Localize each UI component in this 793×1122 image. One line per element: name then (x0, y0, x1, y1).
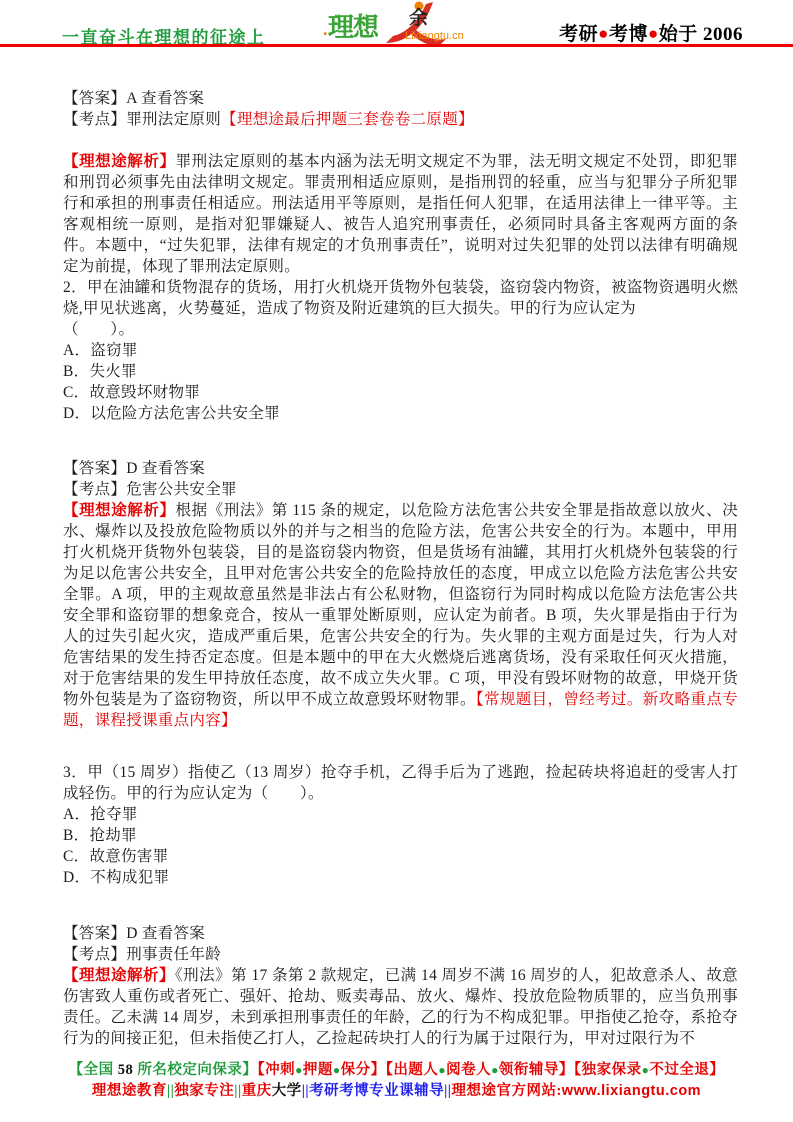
question-2-option-d: D．以危险方法危害公共安全罪 (63, 403, 738, 424)
question-3-option-a: A．抢夺罪 (63, 804, 738, 825)
question-2-option-c: C．故意毁坏财物罪 (63, 382, 738, 403)
footer-seg: 阅卷人 (446, 1062, 491, 1078)
footer-separator: || (234, 1083, 241, 1099)
analysis-label: 【理想途解析】 (63, 502, 176, 519)
document-page: 一直奋斗在理想的征途上 . 理想 余 Lixiangtu.cn 考研●考博●始于… (0, 0, 793, 1122)
question-2-option-b: B．失火罪 (63, 361, 738, 382)
red-dot-icon: ● (598, 24, 609, 43)
keypoint-line-q3: 【考点】刑事责任年龄 (63, 944, 738, 965)
footer-seg: 不过全退】 (649, 1062, 724, 1078)
footer-line-1: 【全国 58 所名校定向保录】【冲刺●押题●保分】【出题人●阅卷人●领衔辅导】【… (0, 1060, 793, 1081)
header-tagline: 考研●考博●始于 2006 (559, 19, 743, 46)
logo-text-green: 理想 (328, 7, 378, 44)
footer-seg: 【独家保录 (574, 1062, 642, 1078)
footer-line-2: 理想途教育||独家专注||重庆大学||考研考博专业课辅导||理想途官方网站:ww… (0, 1081, 793, 1102)
logo-domain-text: Lixiangtu.cn (405, 30, 464, 42)
tagline-kaobo: 考博 (609, 24, 648, 45)
keypoint-text: 【考点】罪刑法定原则 (63, 111, 221, 128)
analysis-paragraph-q1: 【理想途解析】罪刑法定原则的基本内涵为法无明文规定不为罪，法无明文规定不处罚，即… (63, 151, 738, 277)
page-header: 一直奋斗在理想的征途上 . 理想 余 Lixiangtu.cn 考研●考博●始于… (0, 0, 793, 47)
analysis-paragraph-q2: 【理想途解析】根据《刑法》第 115 条的规定，以危险方法危害公共安全罪是指故意… (63, 500, 738, 731)
question-3-option-b: B．抢劫罪 (63, 825, 738, 846)
red-dot-icon: ● (648, 24, 659, 43)
green-dot-icon: ● (491, 1063, 499, 1077)
green-dot-icon: ● (333, 1063, 341, 1077)
footer-website-link[interactable]: www.lixiangtu.com (562, 1083, 701, 1099)
analysis-text: 根据《刑法》第 115 条的规定，以危险方法危害公共安全罪是指故意以放火、决水、… (63, 502, 738, 708)
footer-seg: 领衔辅导】 (499, 1062, 574, 1078)
footer-brand: 理想途教育 (92, 1083, 167, 1099)
logo-dot: . (323, 19, 328, 40)
footer-separator: || (302, 1083, 309, 1099)
footer-seg: 理想途官方网站: (451, 1083, 561, 1099)
header-divider (0, 44, 793, 47)
green-dot-icon: ● (438, 1063, 446, 1077)
answer-line-q2: 【答案】D 查看答案 (63, 458, 738, 479)
analysis-label: 【理想途解析】 (63, 153, 176, 170)
keypoint-line-q1: 【考点】罪刑法定原则【理想途最后押题三套卷卷二原题】 (63, 109, 738, 130)
page-footer: 【全国 58 所名校定向保录】【冲刺●押题●保分】【出题人●阅卷人●领衔辅导】【… (0, 1060, 793, 1102)
footer-seg: 重庆 (242, 1083, 272, 1099)
tagline-kaoyan: 考研 (559, 24, 598, 45)
footer-seg: 所名校定向保录】 (133, 1062, 257, 1078)
footer-seg: 大学 (272, 1083, 302, 1099)
keypoint-line-q2: 【考点】危害公共安全罪 (63, 479, 738, 500)
question-3-option-c: C．故意伤害罪 (63, 846, 738, 867)
footer-seg: 独家专注 (174, 1083, 234, 1099)
logo-glyph-yu: 余 (409, 6, 428, 29)
question-2-option-a: A．盗窃罪 (63, 340, 738, 361)
answer-line-q3: 【答案】D 查看答案 (63, 923, 738, 944)
footer-number-58: 58 (118, 1062, 134, 1078)
footer-seg: 【出题人 (386, 1062, 439, 1078)
answer-line-q1: 【答案】A 查看答案 (63, 88, 738, 109)
footer-seg: 押题 (303, 1062, 333, 1078)
question-3-stem: 3．甲（15 周岁）指使乙（13 周岁）抢夺手机，乙得手后为了逃跑，捡起砖块将追… (63, 762, 738, 804)
analysis-paragraph-q3: 【理想途解析】《刑法》第 17 条第 2 款规定，已满 14 周岁不满 16 周… (63, 965, 738, 1049)
question-2-blank: （ ）。 (63, 319, 738, 340)
footer-seg: 考研考博专业课辅导 (309, 1083, 444, 1099)
document-body: 【答案】A 查看答案 【考点】罪刑法定原则【理想途最后押题三套卷卷二原题】 【理… (63, 88, 738, 1049)
keypoint-highlight: 【理想途最后押题三套卷卷二原题】 (221, 111, 474, 128)
footer-seg: 【冲刺 (257, 1062, 295, 1078)
tagline-since: 始于 2006 (659, 24, 743, 45)
question-2-stem: 2．甲在油罐和货物混存的货场，用打火机烧开货物外包装袋，盗窃袋内物资，被盗物资遇… (63, 277, 738, 319)
lixiangtu-logo: . 理想 余 Lixiangtu.cn (323, 1, 483, 44)
analysis-label: 【理想途解析】 (63, 967, 175, 984)
analysis-text: 罪刑法定原则的基本内涵为法无明文规定不为罪，法无明文规定不处罚，即犯罪和刑罚必须… (63, 153, 738, 275)
green-dot-icon: ● (295, 1063, 303, 1077)
footer-seg: 保分】 (341, 1062, 386, 1078)
question-3-option-d: D．不构成犯罪 (63, 867, 738, 888)
footer-seg: 【全国 (69, 1062, 118, 1078)
